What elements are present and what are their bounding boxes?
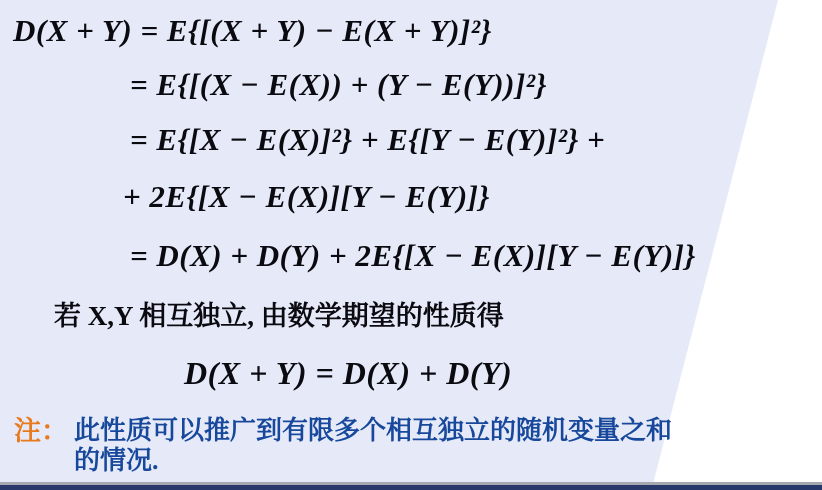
bottom-navy-bar <box>0 485 822 490</box>
note-block: 注： 此性质可以推广到有限多个相互独立的随机变量之和 的情况. <box>14 416 672 476</box>
note-label: 注： <box>14 416 68 446</box>
independence-condition-text: 若 X,Y 相互独立, 由数学期望的性质得 <box>54 294 504 333</box>
result-formula: D(X + Y) = D(X) + D(Y) <box>184 355 512 392</box>
derivation-line-1: D(X + Y) = E{[(X + Y) − E(X + Y)]²} <box>13 13 492 49</box>
derivation-line-5: = D(X) + D(Y) + 2E{[X − E(X)][Y − E(Y)]} <box>130 238 696 274</box>
note-text: 此性质可以推广到有限多个相互独立的随机变量之和 的情况. <box>74 416 672 476</box>
lecture-slide: D(X + Y) = E{[(X + Y) − E(X + Y)]²} = E{… <box>0 0 822 490</box>
derivation-line-3: = E{[X − E(X)]²} + E{[Y − E(Y)]²} + <box>130 122 605 158</box>
derivation-line-4: + 2E{[X − E(X)][Y − E(Y)]} <box>123 179 490 215</box>
note-text-line-2: 的情况. <box>74 446 672 476</box>
derivation-line-2: = E{[(X − E(X)) + (Y − E(Y))]²} <box>130 67 547 103</box>
note-text-line-1: 此性质可以推广到有限多个相互独立的随机变量之和 <box>74 416 672 446</box>
